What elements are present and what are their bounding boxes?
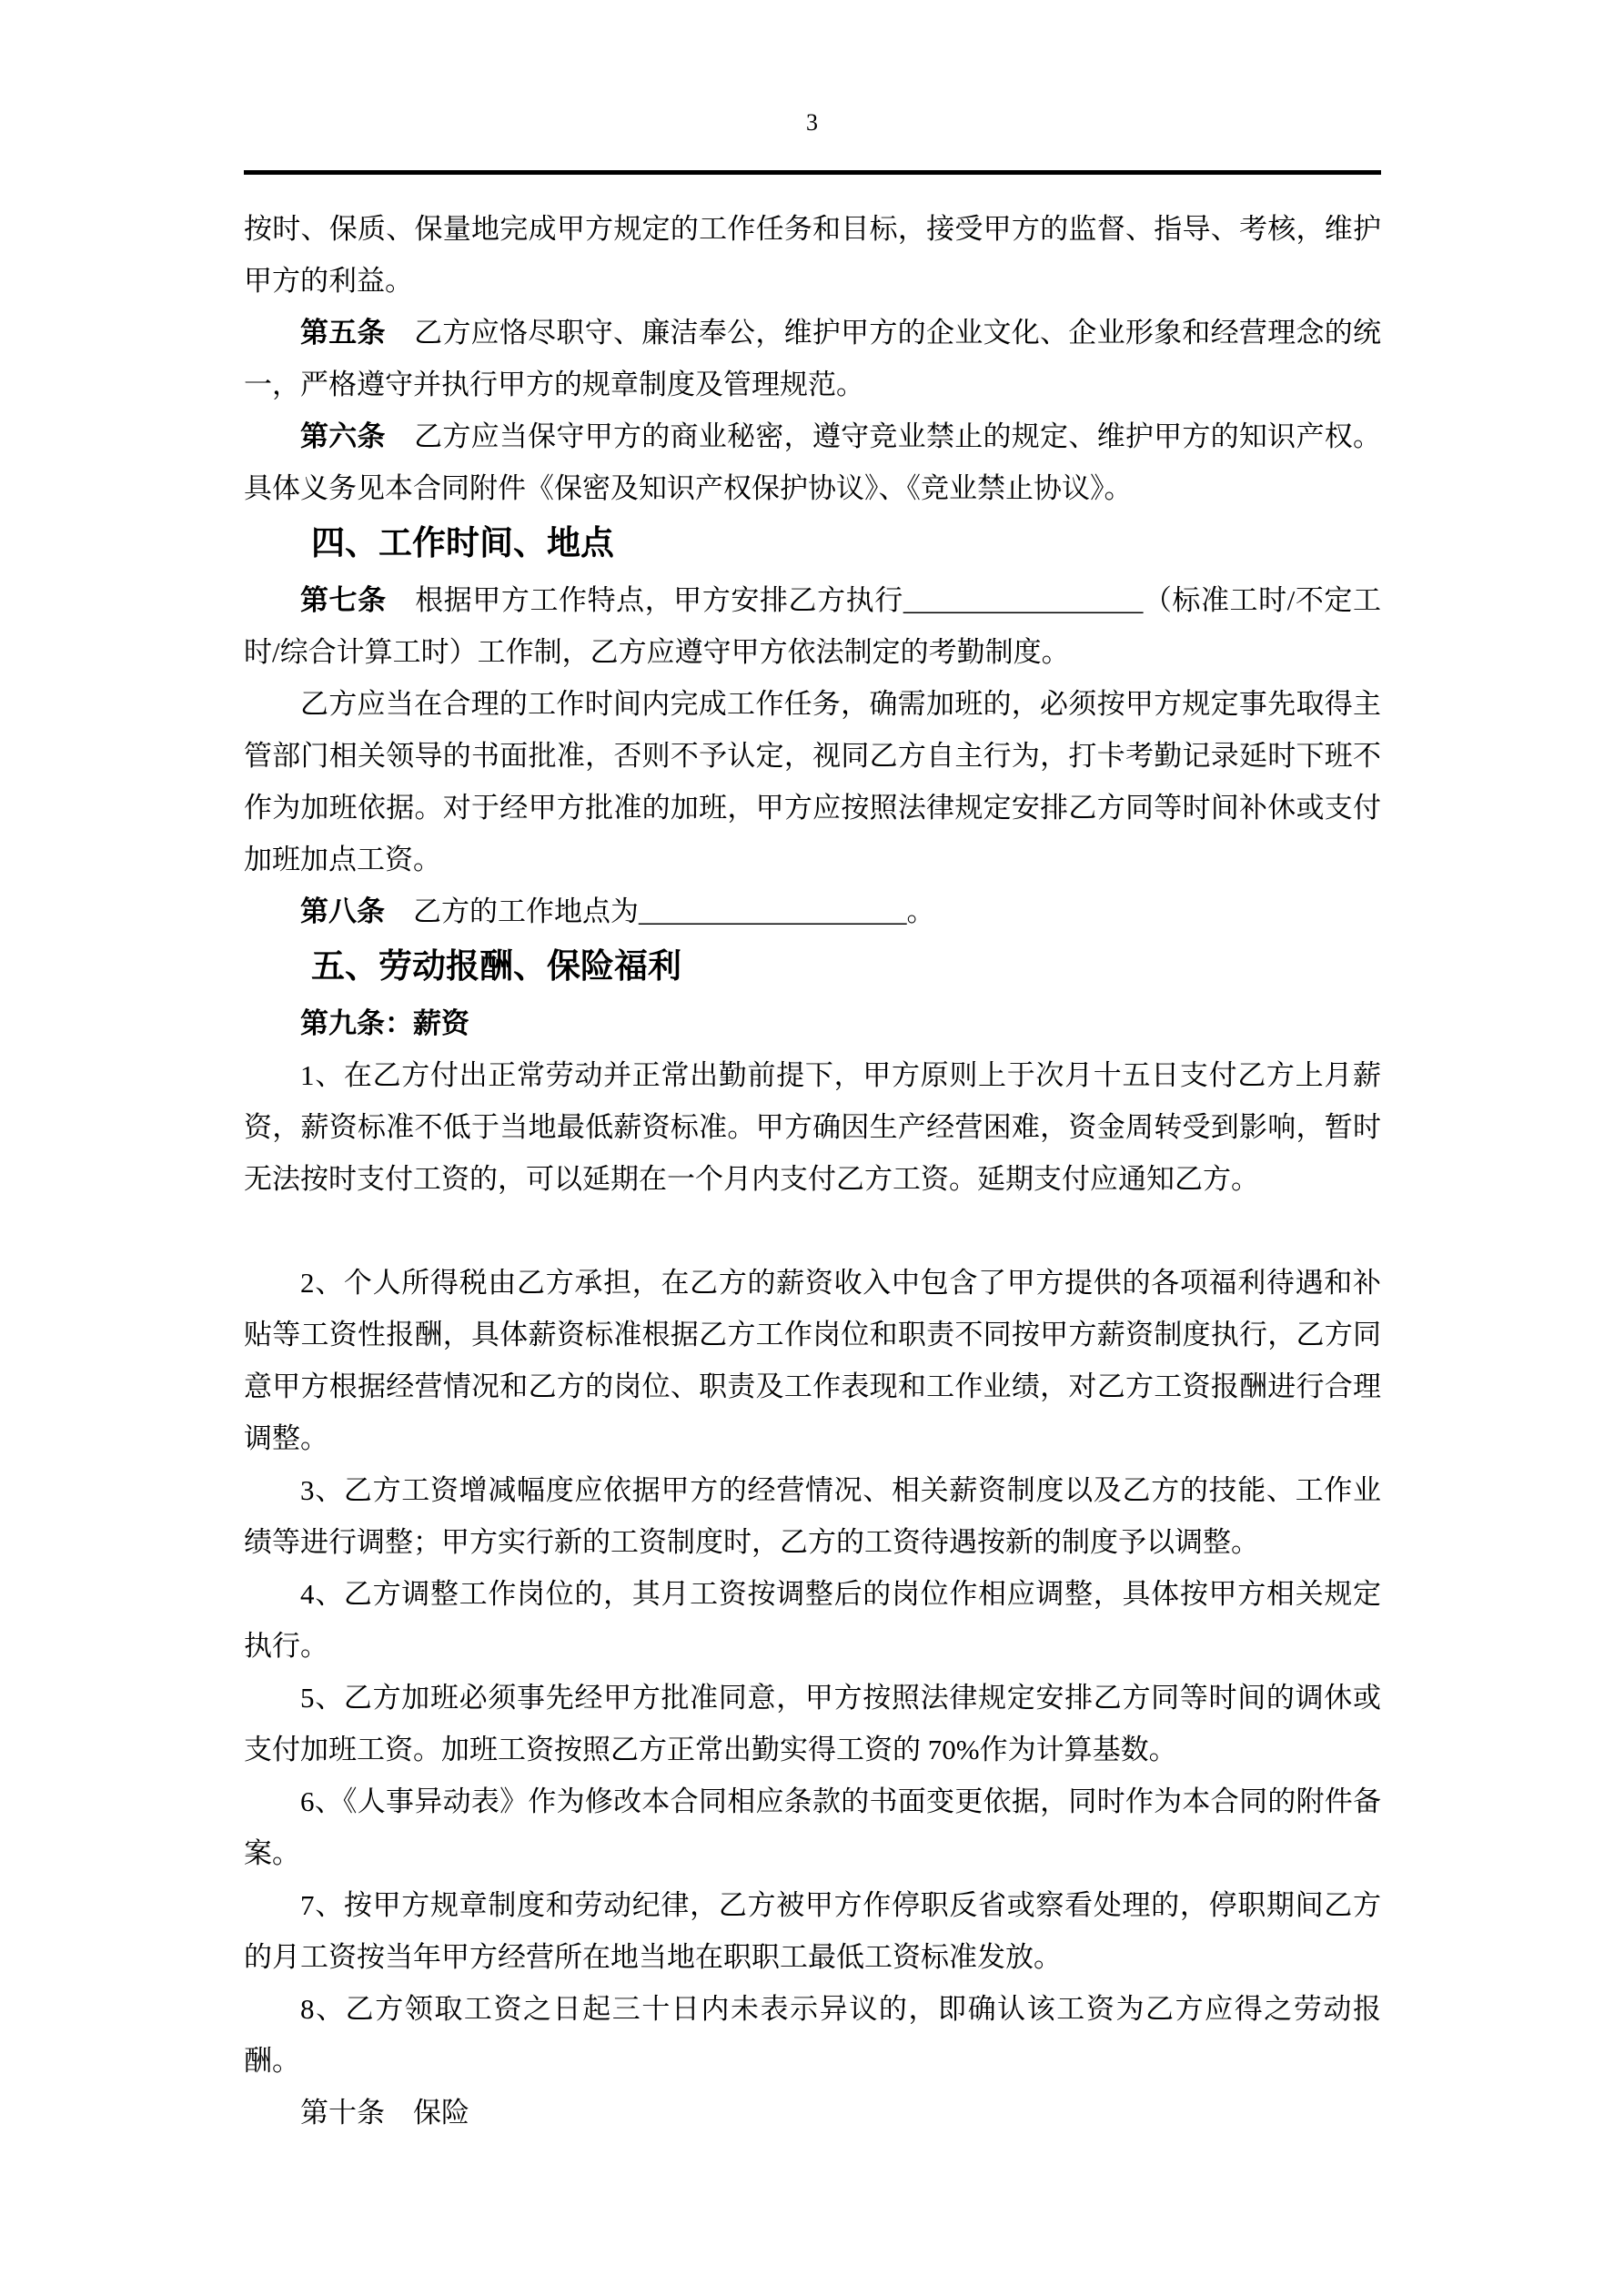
- clause-6-personnel-change-form: 6、《人事异动表》作为修改本合同相应条款的书面变更依据，同时作为本合同的附件备案…: [244, 1775, 1381, 1879]
- header-rule: [244, 170, 1381, 175]
- article-8-label: 第八条: [300, 895, 385, 927]
- article-6-label: 第六条: [300, 420, 386, 452]
- clause-5-overtime-pay: 5、乙方加班必须事先经甲方批准同意，甲方按照法律规定安排乙方同等时间的调休或支付…: [244, 1672, 1381, 1775]
- article-5-text: 乙方应恪尽职守、廉洁奉公，维护甲方的企业文化、企业形象和经营理念的统一，严格遵守…: [244, 317, 1381, 400]
- clause-3-salary-adjustment: 3、乙方工资增减幅度应依据甲方的经营情况、相关薪资制度以及乙方的技能、工作业绩等…: [244, 1464, 1381, 1568]
- clause-2-tax-and-benefits: 2、个人所得税由乙方承担，在乙方的薪资收入中包含了甲方提供的各项福利待遇和补贴等…: [244, 1257, 1381, 1464]
- clause-4-position-change: 4、乙方调整工作岗位的，其月工资按调整后的岗位作相应调整，具体按甲方相关规定执行…: [244, 1568, 1381, 1672]
- fill-in-blank-workplace: ___________________: [639, 895, 907, 927]
- article-5-label: 第五条: [300, 317, 386, 349]
- article-7-paragraph: 第七条 根据甲方工作特点，甲方安排乙方执行_________________（标…: [244, 574, 1381, 678]
- paragraph-overtime-rules: 乙方应当在合理的工作时间内完成工作任务，确需加班的，必须按甲方规定事先取得主管部…: [244, 678, 1381, 885]
- section-heading-work-time: 四、工作时间、地点: [244, 516, 1381, 572]
- article-8-text-pre: 乙方的工作地点为: [385, 895, 639, 927]
- article-7-text-pre: 根据甲方工作特点，甲方安排乙方执行: [387, 584, 903, 616]
- fill-in-blank-worktime: _________________: [903, 584, 1144, 616]
- article-8-paragraph: 第八条 乙方的工作地点为___________________。: [244, 885, 1381, 937]
- document-body: 按时、保质、保量地完成甲方规定的工作任务和目标，接受甲方的监督、指导、考核，维护…: [244, 203, 1381, 2139]
- section-heading-compensation: 五、劳动报酬、保险福利: [244, 939, 1381, 996]
- article-8-text-post: 。: [907, 895, 935, 927]
- clause-1-salary-payment: 1、在乙方付出正常劳动并正常出勤前提下，甲方原则上于次月十五日支付乙方上月薪资，…: [244, 1049, 1381, 1205]
- article-10-title: 第十条 保险: [244, 2087, 1381, 2139]
- article-7-label: 第七条: [300, 584, 387, 616]
- document-page: 3 按时、保质、保量地完成甲方规定的工作任务和目标，接受甲方的监督、指导、考核，…: [0, 0, 1624, 2296]
- article-5-paragraph: 第五条 乙方应恪尽职守、廉洁奉公，维护甲方的企业文化、企业形象和经营理念的统一，…: [244, 307, 1381, 410]
- clause-8-salary-objection: 8、乙方领取工资之日起三十日内未表示异议的，即确认该工资为乙方应得之劳动报酬。: [244, 1983, 1381, 2087]
- article-6-text: 乙方应当保守甲方的商业秘密，遵守竞业禁止的规定、维护甲方的知识产权。具体义务见本…: [244, 420, 1381, 504]
- page-number: 3: [0, 109, 1624, 137]
- article-6-paragraph: 第六条 乙方应当保守甲方的商业秘密，遵守竞业禁止的规定、维护甲方的知识产权。具体…: [244, 410, 1381, 514]
- clause-7-suspension-pay: 7、按甲方规章制度和劳动纪律，乙方被甲方作停职反省或察看处理的，停职期间乙方的月…: [244, 1879, 1381, 1983]
- paragraph-continued: 按时、保质、保量地完成甲方规定的工作任务和目标，接受甲方的监督、指导、考核，维护…: [244, 203, 1381, 307]
- article-9-title: 第九条：薪资: [244, 997, 1381, 1049]
